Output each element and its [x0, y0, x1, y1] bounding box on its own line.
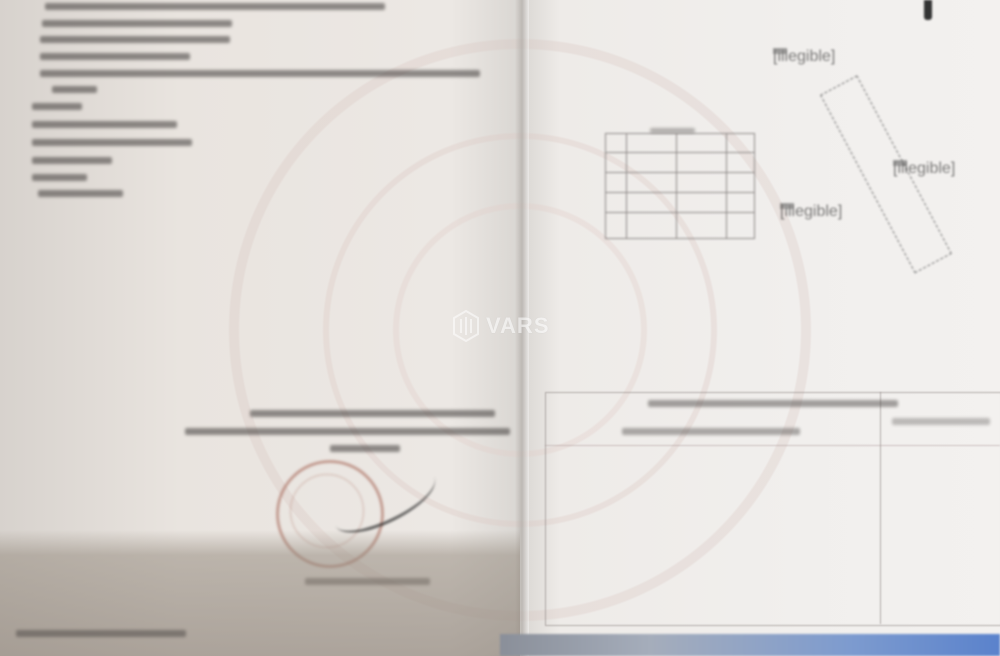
footer-note: [illegible] [16, 630, 186, 637]
vars-logo-icon [452, 310, 480, 342]
issuing-authority: [illegible] [185, 428, 510, 435]
issuing-authority-line2: [illegible] [330, 445, 400, 452]
text-line: [illegible] [32, 103, 82, 110]
coordinate-table [605, 133, 755, 239]
text-line: [illegible] [42, 20, 232, 27]
text-line: [illegible] [38, 190, 123, 197]
changes-entry-right: [illegible] [892, 418, 990, 425]
parcel-label: [illegible] [893, 160, 907, 166]
text-line: [illegible] [52, 86, 97, 93]
changes-entry: [illegible] [622, 428, 800, 435]
watermark-text: VARS [486, 313, 550, 339]
signing-date: [illegible] [250, 410, 495, 417]
changes-title: [illegible] [648, 400, 898, 407]
text-line: [illegible] [40, 36, 230, 43]
parcel-label: [illegible] [773, 48, 787, 54]
watermark: VARS [452, 310, 550, 342]
text-line: [illegible] [32, 139, 192, 146]
hand-shadow [0, 530, 520, 656]
text-line: [illegible] [40, 70, 480, 77]
changes-divider [880, 392, 881, 624]
text-line: [illegible] [32, 121, 177, 128]
parcel-label: [illegible] [780, 203, 794, 209]
text-line: [illegible] [32, 157, 112, 164]
text-line: [illegible] [45, 3, 385, 10]
text-line: [illegible] [40, 53, 190, 60]
background-object [500, 634, 1000, 656]
corner-mark [924, 0, 932, 20]
text-line: [illegible] [32, 174, 87, 181]
changes-header-line [545, 445, 1000, 446]
document-photo: [illegible] [illegible] [illegible] [ill… [0, 0, 1000, 656]
table-caption: [illegible] [650, 128, 695, 133]
